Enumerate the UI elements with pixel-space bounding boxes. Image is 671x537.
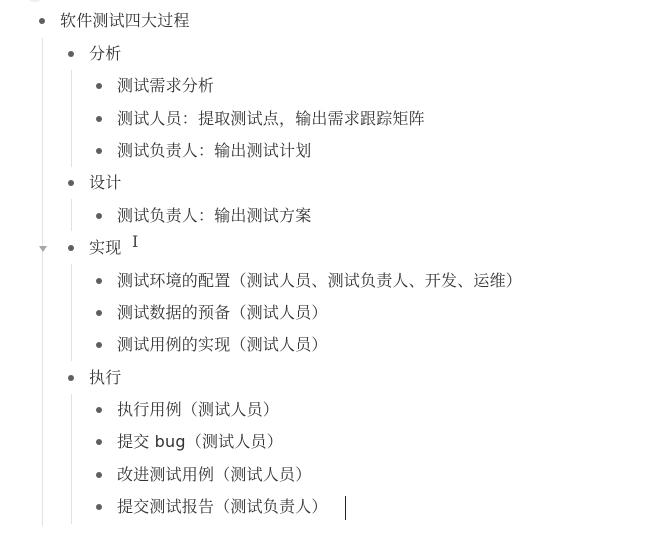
outline-node-implementation[interactable]: 实现 I [0, 234, 671, 262]
outline-node-design[interactable]: 设计 [0, 169, 671, 197]
outline-node[interactable]: 改进测试用例（测试人员） [0, 461, 671, 489]
node-label[interactable]: 分析 [89, 40, 121, 68]
node-label[interactable]: 测试数据的预备（测试人员） [117, 299, 328, 327]
outline-node-execution[interactable]: 执行 [0, 364, 671, 392]
bullet-dot-icon[interactable] [68, 51, 74, 57]
bullet-dot-icon[interactable] [96, 310, 102, 316]
bullet-dot-icon[interactable] [39, 18, 45, 24]
outline-node[interactable]: 测试需求分析 [0, 72, 671, 100]
node-label[interactable]: 设计 [89, 169, 121, 197]
bullet-dot-icon[interactable] [96, 342, 102, 348]
previous-node-fragment [28, 0, 42, 2]
bullet-dot-icon[interactable] [68, 180, 74, 186]
outline-node[interactable]: 执行用例（测试人员） [0, 396, 671, 424]
node-label[interactable]: 测试环境的配置（测试人员、测试负责人、开发、运维） [117, 267, 522, 295]
outline-node[interactable]: 测试人员：提取测试点，输出需求跟踪矩阵 [0, 105, 671, 133]
bullet-dot-icon[interactable] [96, 148, 102, 154]
node-label[interactable]: 测试负责人：输出测试计划 [117, 137, 311, 165]
outline-node-root[interactable]: 软件测试四大过程 [0, 7, 671, 35]
bullet-dot-icon[interactable] [68, 375, 74, 381]
bullet-dot-icon[interactable] [68, 245, 74, 251]
bullet-dot-icon[interactable] [96, 83, 102, 89]
bullet-dot-icon[interactable] [96, 407, 102, 413]
outline-editor[interactable]: 软件测试四大过程 分析 测试需求分析 测试人员：提取测试点，输出需求跟踪矩阵 测… [0, 0, 671, 537]
bullet-dot-icon[interactable] [96, 116, 102, 122]
outline-node[interactable]: 提交 bug（测试人员） [0, 428, 671, 456]
text-caret [345, 496, 346, 520]
bullet-dot-icon[interactable] [96, 213, 102, 219]
node-label[interactable]: 测试用例的实现（测试人员） [117, 331, 328, 359]
bullet-dot-icon[interactable] [96, 472, 102, 478]
node-label[interactable]: 执行用例（测试人员） [117, 396, 279, 424]
mouse-ibeam-cursor-icon: I [132, 234, 138, 250]
bullet-dot-icon[interactable] [96, 439, 102, 445]
collapse-toggle-triangle-down-icon[interactable] [39, 246, 47, 252]
outline-node-analysis[interactable]: 分析 [0, 40, 671, 68]
node-label[interactable]: 执行 [89, 364, 121, 392]
node-label[interactable]: 提交 bug（测试人员） [117, 428, 283, 456]
node-label[interactable]: 实现 [89, 234, 121, 262]
outline-node[interactable]: 测试数据的预备（测试人员） [0, 299, 671, 327]
outline-node[interactable]: 测试环境的配置（测试人员、测试负责人、开发、运维） [0, 267, 671, 295]
node-label[interactable]: 提交测试报告（测试负责人） [117, 493, 328, 521]
node-label[interactable]: 测试人员：提取测试点，输出需求跟踪矩阵 [117, 105, 425, 133]
bullet-dot-icon[interactable] [96, 504, 102, 510]
outline-node[interactable]: 测试用例的实现（测试人员） [0, 331, 671, 359]
outline-node[interactable]: 测试负责人：输出测试计划 [0, 137, 671, 165]
node-label[interactable]: 测试需求分析 [117, 72, 214, 100]
node-label[interactable]: 改进测试用例（测试人员） [117, 461, 311, 489]
node-label[interactable]: 测试负责人：输出测试方案 [117, 202, 311, 230]
outline-node[interactable]: 测试负责人：输出测试方案 [0, 202, 671, 230]
bullet-dot-icon[interactable] [96, 278, 102, 284]
outline-node-active[interactable]: 提交测试报告（测试负责人） [0, 493, 671, 521]
node-label[interactable]: 软件测试四大过程 [60, 7, 190, 35]
